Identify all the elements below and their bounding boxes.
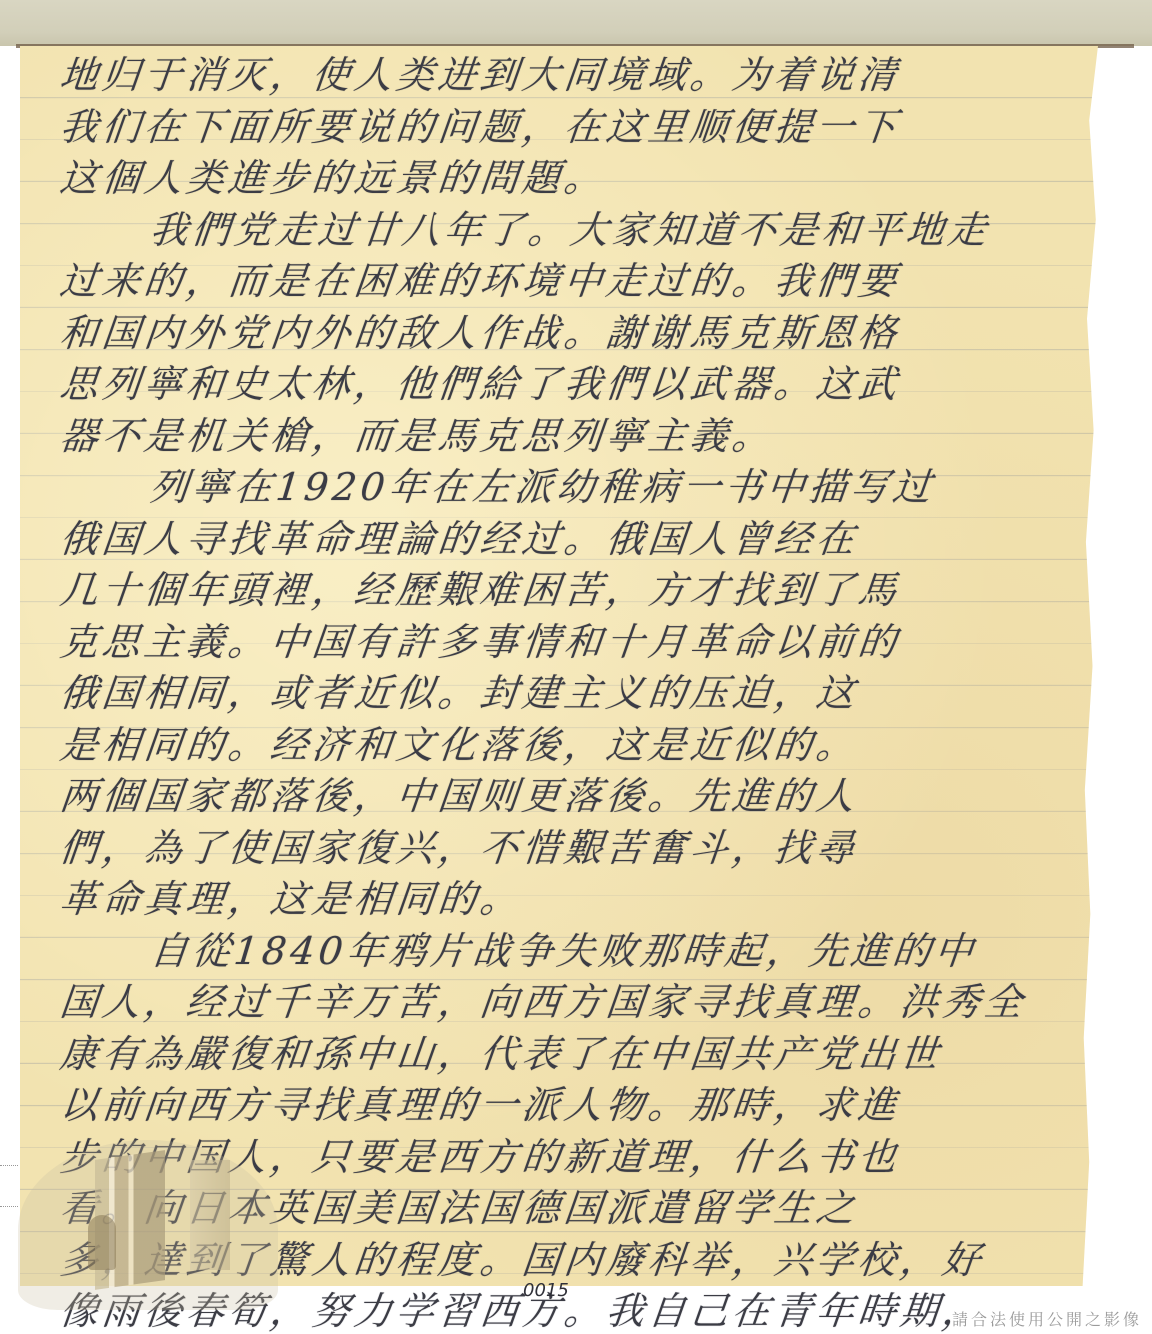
- keyhole-watermark-icon: [88, 1215, 116, 1270]
- text-line: 克思主義。中国有許多事情和十月革命以前的: [57, 617, 1082, 669]
- text-line: 俄国人寻找革命理論的经过。俄国人曾经在: [57, 514, 1082, 566]
- text-line: 我们在下面所要说的问题，在这里顺便提一下: [57, 102, 1082, 154]
- text-line: 們，為了使国家復兴，不惜艱苦奮斗，找尋: [57, 823, 1082, 875]
- book-watermark-icon: [190, 1160, 230, 1270]
- text-line: 过来的，而是在困难的环境中走过的。我們要: [57, 256, 1082, 308]
- usage-notice: 請合法使用公開之影像: [952, 1307, 1142, 1330]
- text-line: 地归于消灭，使人类进到大同境域。为着说清: [57, 50, 1082, 102]
- text-line: 和国内外党内外的敌人作战。謝谢馬克斯恩格: [57, 308, 1082, 360]
- page-tab-marker: [0, 1165, 18, 1207]
- text-line: 俄国相同，或者近似。封建主义的压迫，这: [57, 668, 1082, 720]
- backing-sheet: [0, 0, 1152, 46]
- text-line: 是相同的。经济和文化落後，这是近似的。: [57, 720, 1082, 772]
- text-line: 这個人类進步的远景的問題。: [57, 153, 1082, 205]
- page-number: 0015: [523, 1280, 569, 1301]
- paragraph-start-line: 我們党走过廿八年了。大家知道不是和平地走: [57, 205, 1082, 257]
- text-line: 两個国家都落後，中国则更落後。先進的人: [57, 771, 1082, 823]
- paragraph-start-line: 自從1840年鸦片战争失败那時起，先進的中: [57, 926, 1082, 978]
- text-line: 康有為嚴復和孫中山，代表了在中国共产党出世: [57, 1029, 1082, 1081]
- text-line: 以前向西方寻找真理的一派人物。那時，求進: [57, 1080, 1082, 1132]
- paragraph-start-line: 列寧在1920年在左派幼稚病一书中描写过: [57, 462, 1082, 514]
- handwritten-text: 地归于消灭，使人类进到大同境域。为着说清 我们在下面所要说的问题，在这里顺便提一…: [60, 50, 1080, 1334]
- text-line: 革命真理，这是相同的。: [57, 874, 1082, 926]
- text-line: 几十個年頭裡，经歷艱难困苦，方才找到了馬: [57, 565, 1082, 617]
- text-line: 思列寧和史太林，他們給了我們以武器。这武: [57, 359, 1082, 411]
- text-line: 国人，经过千辛万苦，向西方国家寻找真理。洪秀全: [57, 977, 1082, 1029]
- text-line: 器不是机关槍，而是馬克思列寧主義。: [57, 411, 1082, 463]
